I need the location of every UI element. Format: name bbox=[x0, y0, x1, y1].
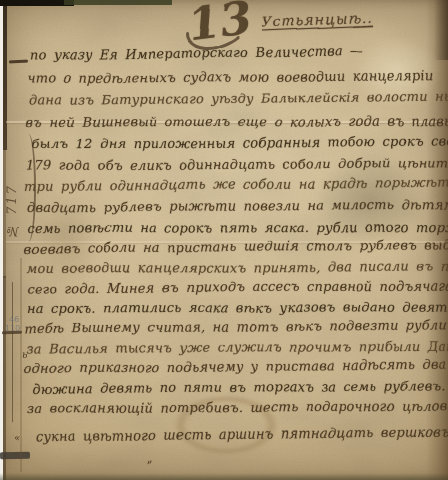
manuscript-line: за Василья тысячъ уже служилъ прочимъ пр… bbox=[27, 339, 448, 357]
manuscript-line: сукна цвѣтного шесть аршинъ пятнадцать в… bbox=[36, 426, 448, 445]
manuscript-line: дюжина девять по пяти въ торгахъ за семь… bbox=[32, 380, 446, 397]
manuscript-page: № 717 46 110 ь « 13 Устьянцыѣ.. по указу… bbox=[0, 0, 448, 480]
stray-ink-mark: „ bbox=[144, 452, 153, 466]
manuscript-line: три рубли одиннадцать же соболи на крадѣ… bbox=[24, 175, 448, 195]
manuscript-line: воевавъ соболи на пристань шедшія столъ … bbox=[24, 238, 448, 257]
manuscript-line: сего года. Минея въ приходъ ассесъ справ… bbox=[27, 279, 448, 297]
manuscript-line: одного приказного подьячему у пристава н… bbox=[24, 357, 448, 377]
manuscript-line: двадцать рублевъ рыжѣти повезли на милос… bbox=[27, 197, 448, 216]
manuscript-line: былъ 12 дня приложенныя собранныя тобою … bbox=[32, 134, 448, 153]
manuscript-line: по указу Ея Императорскаго Величества — bbox=[30, 44, 363, 64]
manuscript-line: мои воеводши канцелярскихъ принять, два … bbox=[27, 259, 448, 277]
manuscript-line: тебѣ Вышнему считая, на тотъ вѣкъ подвез… bbox=[24, 318, 448, 337]
manuscript-line: 179 года объ еликъ одиннадцать соболи до… bbox=[26, 156, 448, 174]
manuscript-line: за воскланяющій потребивъ. шесть подароч… bbox=[27, 399, 448, 417]
handwriting-layer: 13 Устьянцыѣ.. по указу Ея Императорскаг… bbox=[0, 0, 448, 480]
manuscript-line: на срокъ. платились ясака вѣкъ указовъ в… bbox=[27, 301, 448, 317]
manuscript-line: что о предѣленыхъ судахъ мою воеводши ка… bbox=[27, 69, 434, 87]
manuscript-line: семь повѣсти на сорокъ пять ясака. рубли… bbox=[27, 220, 448, 237]
document-heading: Устьянцыѣ.. bbox=[262, 10, 373, 31]
manuscript-line: въ ней Вишневый отошелъ еще о колыхъ год… bbox=[26, 114, 448, 131]
manuscript-line: дана изъ Батуринскаго уѣзду Балыклейскія… bbox=[29, 89, 448, 109]
